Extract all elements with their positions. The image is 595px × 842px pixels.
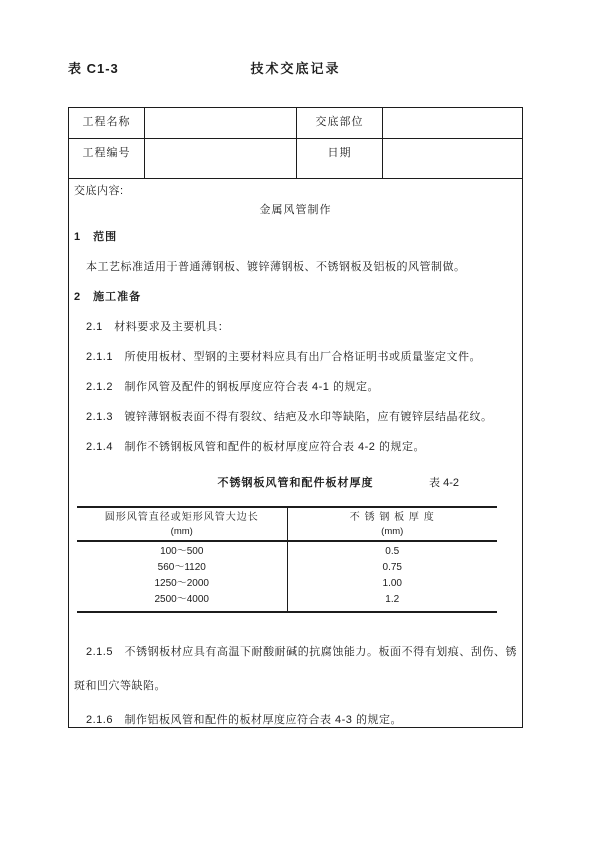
paragraph-2-1: 2.1 材料要求及主要机具： — [72, 312, 519, 342]
spec-cell-range-2: 560～1120 — [77, 560, 287, 576]
spec-cell-range-1: 100～500 — [77, 541, 287, 560]
spec-cell-range-4: 2500～4000 — [77, 592, 287, 612]
post-table-paragraphs: 2.1.5 不锈钢板材应具有高温下耐酸耐碱的抗腐蚀能力。板面不得有划痕、刮伤、锈… — [72, 635, 519, 727]
spec-table-row: 100～500 0.5 — [77, 541, 497, 560]
document-title: 技术交底记录 — [68, 58, 523, 77]
project-number-label: 工程编号 — [69, 139, 145, 179]
paragraph-2-1-2: 2.1.2 制作风管及配件的钢板厚度应符合表 4-1 的规定。 — [72, 372, 519, 402]
project-name-value — [145, 108, 297, 139]
document-page: 表 C1-3 技术交底记录 工程名称 交底部位 工程编号 日期 交底内容: 金属… — [0, 0, 595, 842]
spec-table: 圆形风管直径或矩形风管大边长 (mm) 不 锈 钢 板 厚 度 (mm) 100… — [77, 506, 497, 613]
disclosure-part-label: 交底部位 — [297, 108, 383, 139]
spec-table-row: 1250～2000 1.00 — [77, 576, 497, 592]
spec-cell-thickness-1: 0.5 — [287, 541, 497, 560]
spec-col2-unit: (mm) — [288, 525, 498, 538]
spec-col1-unit: (mm) — [77, 525, 287, 538]
spec-cell-range-3: 1250～2000 — [77, 576, 287, 592]
record-form-table: 工程名称 交底部位 工程编号 日期 交底内容: 金属风管制作 1 范围 本工艺标… — [68, 107, 523, 728]
section-heading-scope: 1 范围 — [72, 222, 519, 252]
spec-col2-header-text: 不 锈 钢 板 厚 度 — [288, 511, 498, 525]
spec-table-caption: 不锈钢板风管和配件板材厚度 表 4-2 — [72, 470, 519, 496]
spec-cell-thickness-4: 1.2 — [287, 592, 497, 612]
disclosure-part-value — [383, 108, 522, 139]
paragraph-scope: 本工艺标准适用于普通薄钢板、镀锌薄钢板、不锈钢板及铝板的风管制做。 — [72, 252, 519, 282]
content-subject: 金属风管制作 — [72, 198, 519, 222]
spec-cell-thickness-2: 0.75 — [287, 560, 497, 576]
spec-col2-header: 不 锈 钢 板 厚 度 (mm) — [287, 507, 497, 541]
spec-table-row: 2500～4000 1.2 — [77, 592, 497, 612]
content-label: 交底内容: — [72, 184, 519, 198]
spec-col1-header: 圆形风管直径或矩形风管大边长 (mm) — [77, 507, 287, 541]
disclosure-content: 交底内容: 金属风管制作 1 范围 本工艺标准适用于普通薄钢板、镀锌薄钢板、不锈… — [69, 179, 522, 727]
paragraph-2-1-4: 2.1.4 制作不锈钢板风管和配件的板材厚度应符合表 4-2 的规定。 — [72, 432, 519, 462]
project-number-value — [145, 139, 297, 179]
paragraph-2-1-6: 2.1.6 制作铝板风管和配件的板材厚度应符合表 4-3 的规定。 — [72, 703, 519, 727]
spec-table-number: 表 4-2 — [429, 470, 459, 496]
form-row-1: 工程名称 交底部位 — [69, 108, 522, 139]
spec-cell-thickness-3: 1.00 — [287, 576, 497, 592]
form-row-2: 工程编号 日期 — [69, 139, 522, 179]
project-name-label: 工程名称 — [69, 108, 145, 139]
section-heading-preparation: 2 施工准备 — [72, 282, 519, 312]
spec-table-header-row: 圆形风管直径或矩形风管大边长 (mm) 不 锈 钢 板 厚 度 (mm) — [77, 507, 497, 541]
document-header: 表 C1-3 技术交底记录 — [68, 58, 523, 78]
paragraph-2-1-5: 2.1.5 不锈钢板材应具有高温下耐酸耐碱的抗腐蚀能力。板面不得有划痕、刮伤、锈… — [72, 635, 519, 703]
date-label: 日期 — [297, 139, 383, 179]
paragraph-2-1-1: 2.1.1 所使用板材、型钢的主要材料应具有出厂合格证明书或质量鉴定文件。 — [72, 342, 519, 372]
spec-col1-header-text: 圆形风管直径或矩形风管大边长 — [77, 511, 287, 525]
date-value — [383, 139, 522, 179]
paragraph-2-1-3: 2.1.3 镀锌薄钢板表面不得有裂纹、结疤及水印等缺陷，应有镀锌层结晶花纹。 — [72, 402, 519, 432]
spec-table-row: 560～1120 0.75 — [77, 560, 497, 576]
